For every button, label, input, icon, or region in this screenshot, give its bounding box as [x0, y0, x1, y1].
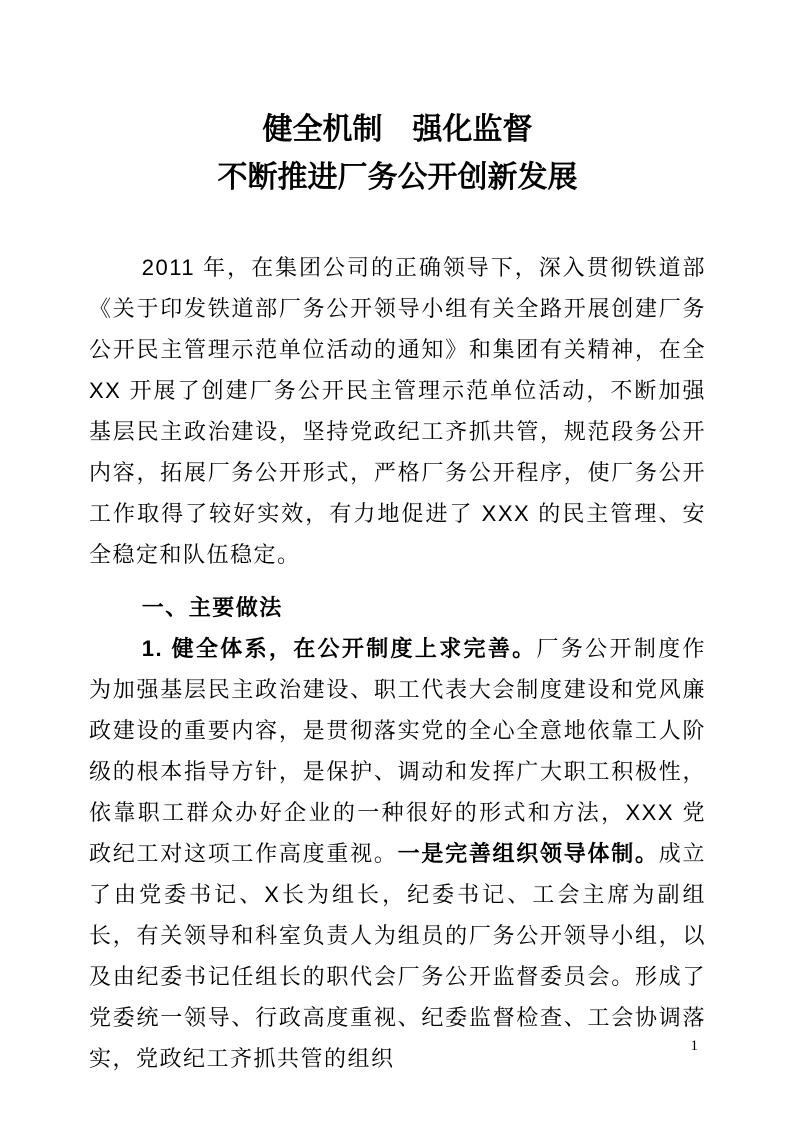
point-1-lead-bold: 1. 健全体系，在公开制度上求完善。	[142, 636, 537, 661]
point-1-emphasis-bold: 一是完善组织领导体制。	[398, 841, 659, 866]
page-number: 1	[691, 1036, 699, 1056]
document-title: 健全机制 强化监督不断推进厂务公开创新发展	[89, 106, 706, 202]
point-1-paragraph: 1. 健全体系，在公开制度上求完善。厂务公开制度作为加强基层民主政治建设、职工代…	[89, 628, 706, 1079]
title-line-1: 健全机制 强化监督	[89, 106, 706, 154]
section-1-heading: 一、主要做法	[89, 587, 706, 628]
document-page: 健全机制 强化监督不断推进厂务公开创新发展 2011 年，在集团公司的正确领导下…	[0, 0, 794, 1123]
title-line-2: 不断推进厂务公开创新发展	[89, 154, 706, 202]
intro-paragraph-text: 2011 年，在集团公司的正确领导下，深入贯彻铁道部《关于印发铁道部厂务公开领导…	[89, 255, 706, 567]
intro-paragraph: 2011 年，在集团公司的正确领导下，深入贯彻铁道部《关于印发铁道部厂务公开领导…	[89, 247, 706, 575]
point-1-text-2: 成立了由党委书记、X长为组长，纪委书记、工会主席为副组长，有关领导和科室负责人为…	[89, 841, 706, 1071]
point-1-text-1: 厂务公开制度作为加强基层民主政治建设、职工代表大会制度建设和党风廉政建设的重要内…	[89, 636, 706, 866]
document-body: 2011 年，在集团公司的正确领导下，深入贯彻铁道部《关于印发铁道部厂务公开领导…	[89, 247, 706, 1079]
